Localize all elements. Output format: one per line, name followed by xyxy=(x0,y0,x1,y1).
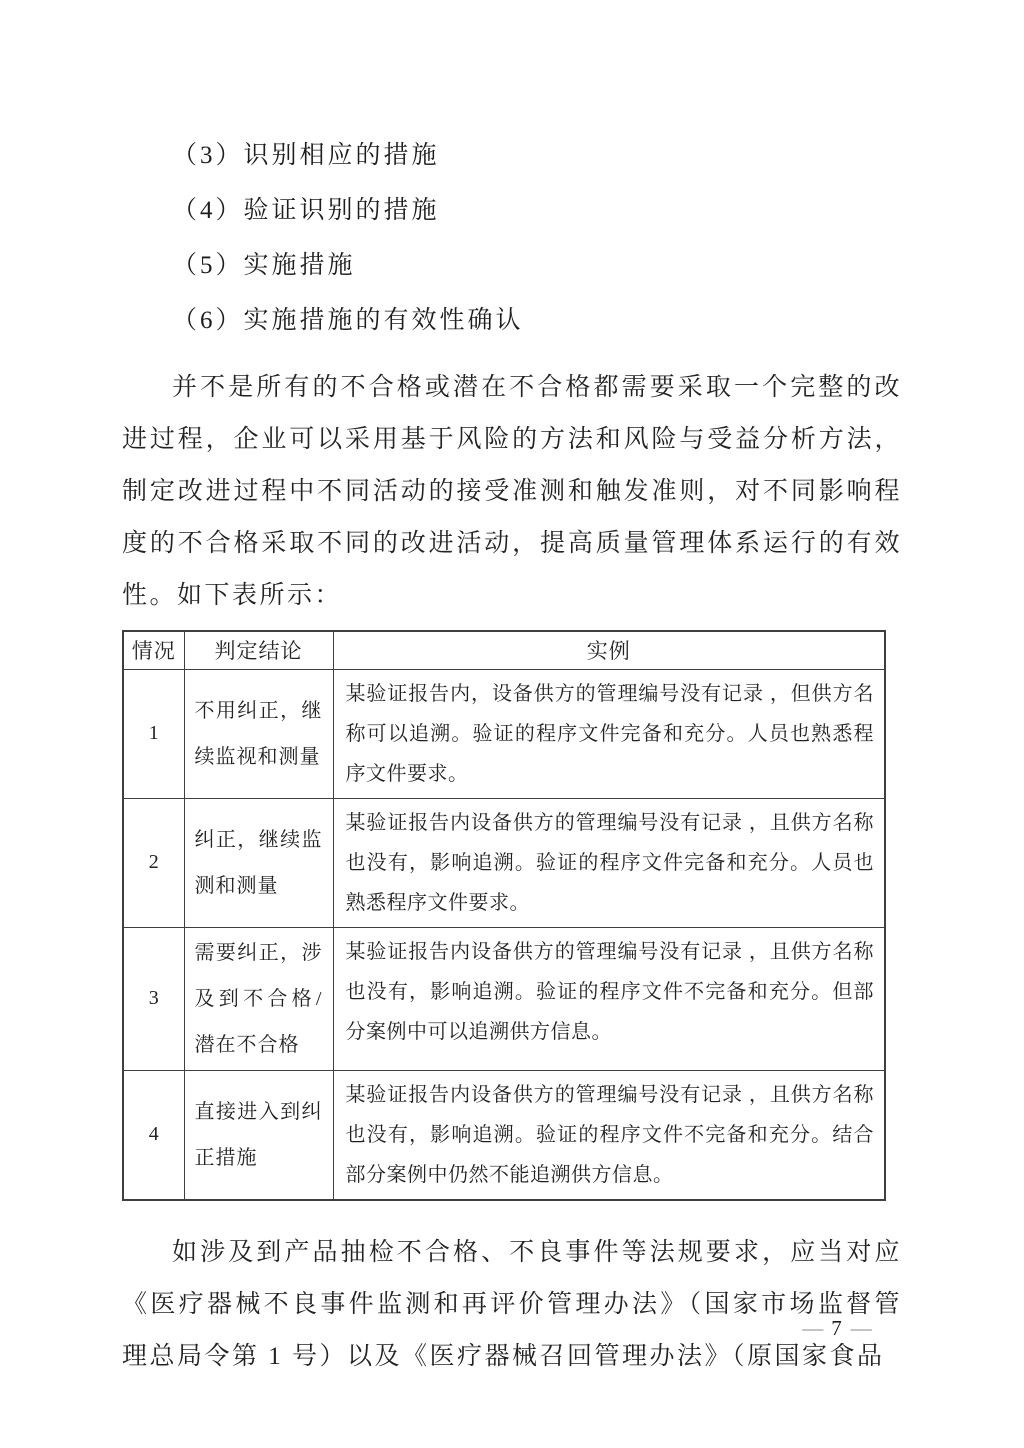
numbered-list: （3）识别相应的措施 （4）验证识别的措施 （5）实施措施 （6）实施措施的有效… xyxy=(122,128,902,348)
list-item-4: （4）验证识别的措施 xyxy=(122,183,902,238)
case-example: 某验证报告内设备供方的管理编号没有记录 ，且供方名称也没有，影响追溯。验证的程序… xyxy=(333,798,885,927)
list-item-5: （5）实施措施 xyxy=(122,238,902,293)
case-conclusion: 直接进入到纠正措施 xyxy=(184,1070,333,1200)
table-row: 2 纠正，继续监测和测量 某验证报告内设备供方的管理编号没有记录 ，且供方名称也… xyxy=(123,798,885,927)
header-example: 实例 xyxy=(333,631,885,669)
footer-dash-left: — xyxy=(794,1316,831,1340)
case-conclusion: 不用纠正，继续监视和测量 xyxy=(184,669,333,798)
case-number: 4 xyxy=(123,1070,184,1200)
page-number: 7 xyxy=(831,1316,843,1340)
page-footer: —7— xyxy=(762,1316,912,1341)
header-conclusion: 判定结论 xyxy=(184,631,333,669)
case-conclusion: 纠正，继续监测和测量 xyxy=(184,798,333,927)
case-number: 1 xyxy=(123,669,184,798)
case-number: 2 xyxy=(123,798,184,927)
list-item-3: （3）识别相应的措施 xyxy=(122,128,902,183)
table-row: 4 直接进入到纠正措施 某验证报告内设备供方的管理编号没有记录 ，且供方名称也没… xyxy=(123,1070,885,1200)
intro-paragraph: 并不是所有的不合格或潜在不合格都需要采取一个完整的改进过程，企业可以采用基于风险… xyxy=(122,362,902,622)
header-case: 情况 xyxy=(123,631,184,669)
case-example: 某验证报告内设备供方的管理编号没有记录 ，且供方名称也没有，影响追溯。验证的程序… xyxy=(333,1070,885,1200)
case-conclusion: 需要纠正，涉及到不合格/潜在不合格 xyxy=(184,927,333,1070)
table-header-row: 情况 判定结论 实例 xyxy=(123,631,885,669)
page-content: （3）识别相应的措施 （4）验证识别的措施 （5）实施措施 （6）实施措施的有效… xyxy=(122,128,902,1383)
footer-dash-right: — xyxy=(843,1316,880,1340)
case-example: 某验证报告内设备供方的管理编号没有记录 ，且供方名称也没有，影响追溯。验证的程序… xyxy=(333,927,885,1070)
document-page: （3）识别相应的措施 （4）验证识别的措施 （5）实施措施 （6）实施措施的有效… xyxy=(0,0,1024,1448)
case-number: 3 xyxy=(123,927,184,1070)
table-row: 1 不用纠正，继续监视和测量 某验证报告内，设备供方的管理编号没有记录 ，但供方… xyxy=(123,669,885,798)
closing-paragraph: 如涉及到产品抽检不合格、不良事件等法规要求，应当对应《医疗器械不良事件监测和再评… xyxy=(122,1227,902,1383)
table-row: 3 需要纠正，涉及到不合格/潜在不合格 某验证报告内设备供方的管理编号没有记录 … xyxy=(123,927,885,1070)
judgment-table: 情况 判定结论 实例 1 不用纠正，继续监视和测量 某验证报告内，设备供方的管理… xyxy=(122,630,886,1201)
list-item-6: （6）实施措施的有效性确认 xyxy=(122,293,902,348)
case-example: 某验证报告内，设备供方的管理编号没有记录 ，但供方名称可以追溯。验证的程序文件完… xyxy=(333,669,885,798)
